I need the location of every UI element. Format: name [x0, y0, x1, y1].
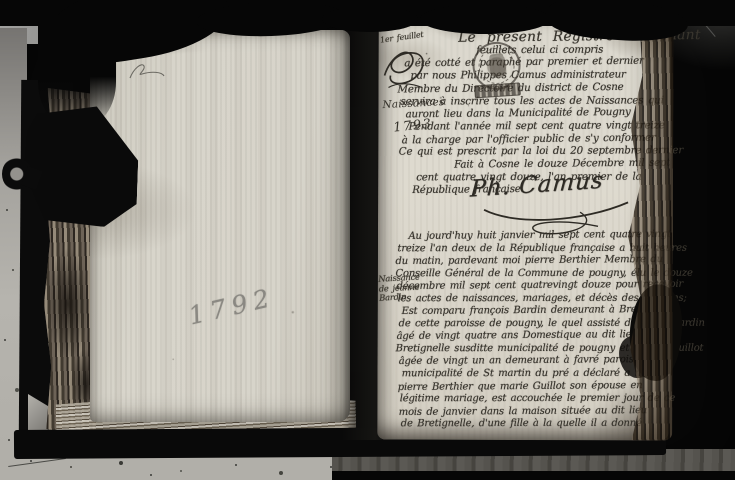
- handwriting-line: légitime mariage, est accouchée le premi…: [396, 393, 656, 406]
- birth-act-paragraph: Au jourd'huy huit janvier mil sept cent …: [395, 230, 655, 431]
- right-page: 1er feuillet Naissances 1793 Naissance d…: [377, 15, 670, 440]
- handwriting-line: Est comparu françois Bardin demeurant à …: [396, 304, 656, 319]
- pencil-year: 1792: [186, 283, 278, 331]
- handwriting-line: de Bretignelle, d'une fille à la quelle …: [396, 418, 656, 431]
- bottom-shadow: [332, 471, 735, 480]
- handwriting-line: du matin, pardevant moi pierre Berthier …: [395, 254, 655, 269]
- handwriting-line: décembre mil sept cent quatrevingt douze…: [396, 279, 656, 294]
- handwriting-line: Au jourd'huy huit janvier mil sept cent …: [395, 229, 655, 244]
- archival-photo: 1792 1er feuillet Naissances 1793 Naissa…: [0, 0, 735, 480]
- register-opening-paragraph: Le présent Registre Contenant feuillets …: [396, 30, 655, 158]
- handwriting-line: pierre Berthier que marie Guillot son ép…: [396, 380, 656, 395]
- left-page: 1792: [90, 30, 350, 422]
- handwriting-line: Membre du Directoire du district de Cosn…: [396, 80, 654, 96]
- handwriting-line: Fait à Cosne le douze Décembre mil sept: [396, 157, 646, 172]
- handwriting-line: mois de janvier dans la maison située au…: [396, 405, 656, 420]
- handwriting-line: à la charge par l'officier public de s'y…: [397, 131, 655, 147]
- ink-blot-mark: [126, 58, 168, 84]
- handwriting-line: âgée de vingt un an demeurant à favré pa…: [396, 354, 656, 369]
- handwriting-line: municipalité de St martin du pré a décla…: [396, 368, 656, 381]
- handwriting-line: âgé de vingt quatre ans Domestique au di…: [396, 329, 656, 344]
- shadow-blob: [420, 4, 550, 34]
- shadow-blob: [322, 6, 418, 32]
